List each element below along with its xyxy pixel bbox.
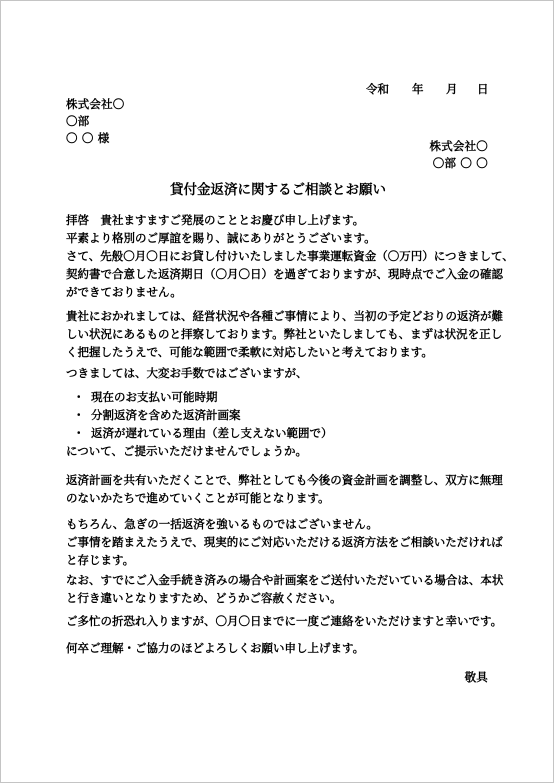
- text-line: く把握したうえで、可能な範囲で柔軟に対応したいと考えております。: [66, 343, 491, 361]
- text-line: しい状況にあるものと拝察しております。弊社といたしましても、まずは状況を正し: [66, 325, 491, 343]
- letter-page: 令和 年 月 日 株式会社〇 〇部 〇 〇 様 株式会社〇 〇部 〇 〇 貸付金…: [0, 0, 554, 783]
- sender-department-name: 〇部 〇 〇: [381, 155, 488, 172]
- paragraph-request-intro: つきましては、大変お手数ではございますが、: [66, 364, 491, 382]
- date-day: 日: [477, 81, 489, 98]
- text-line: 平素より格別のご厚誼を賜り、誠にありがとうございます。: [66, 229, 491, 247]
- list-item: ・分割返済を含めた返済計画案: [73, 406, 333, 424]
- paragraph-closing-request: 何卒ご理解・ご協力のほどよろしくお願い申し上げます。: [66, 639, 491, 657]
- request-list: ・現在のお支払い可能時期 ・分割返済を含めた返済計画案 ・返済が遅れている理由（…: [73, 388, 333, 442]
- paragraph-crossing: なお、すでにご入金手続き済みの場合や計画案をご送付いただいている場合は、本状 と…: [66, 571, 491, 607]
- text-line: 契約書で合意した返済期日（〇月〇日）を過ぎておりますが、現時点でご入金の確認: [66, 265, 491, 283]
- text-line: と行き違いとなりますため、どうかご容赦ください。: [66, 589, 491, 607]
- list-item: ・現在のお支払い可能時期: [73, 388, 333, 406]
- paragraph-flexibility: もちろん、急ぎの一括返済を強いるものではございません。 ご事情を踏まえたうえで、…: [66, 515, 491, 569]
- text-line: ができておりません。: [66, 283, 491, 301]
- text-line: 返済計画を共有いただくことで、弊社としても今後の資金計画を調整し、双方に無理: [66, 471, 491, 489]
- recipient-company: 株式会社〇: [66, 96, 125, 113]
- text-line: のないかたちで進めていくことが可能となります。: [66, 489, 491, 507]
- date-year: 年: [412, 81, 424, 98]
- paragraph-situation: 貴社におかれましては、経営状況や各種ご事情により、当初の予定どおりの返済が難 し…: [66, 307, 491, 361]
- paragraph-greeting: 拝啓 貴社ますますご発展のこととお慶び申し上げます。 平素より格別のご厚誼を賜り…: [66, 211, 491, 247]
- list-item: ・返済が遅れている理由（差し支えない範囲で）: [73, 424, 333, 442]
- date-month: 月: [446, 81, 458, 98]
- date-era: 令和: [366, 81, 389, 98]
- bullet-marker: ・: [73, 388, 91, 406]
- text-line: つきましては、大変お手数ではございますが、: [66, 364, 491, 382]
- text-line: ご事情を踏まえたうえで、現実的にご対応いただける返済方法をご相談いただければ: [66, 533, 491, 551]
- text-line: 拝啓 貴社ますますご発展のこととお慶び申し上げます。: [66, 211, 491, 229]
- recipient-department: 〇部: [66, 113, 89, 130]
- paragraph-deadline: ご多忙の折恐れ入りますが、〇月〇日までに一度ご連絡をいただけますと幸いです。: [66, 612, 491, 630]
- text-line: もちろん、急ぎの一括返済を強いるものではございません。: [66, 515, 491, 533]
- list-item-text: 現在のお支払い可能時期: [91, 390, 218, 404]
- list-item-text: 返済が遅れている理由（差し支えない範囲で）: [91, 426, 333, 440]
- paragraph-plan: 返済計画を共有いただくことで、弊社としても今後の資金計画を調整し、双方に無理 の…: [66, 471, 491, 507]
- text-line: さて、先般〇月〇日にお貸し付けいたしました事業運転資金（〇万円）につきまして、: [66, 247, 491, 265]
- recipient-name: 〇 〇 様: [66, 130, 110, 147]
- bullet-marker: ・: [73, 406, 91, 424]
- paragraph-overdue: さて、先般〇月〇日にお貸し付けいたしました事業運転資金（〇万円）につきまして、 …: [66, 247, 491, 301]
- text-line: 何卒ご理解・ご協力のほどよろしくお願い申し上げます。: [66, 639, 491, 657]
- sender-company: 株式会社〇: [381, 138, 488, 155]
- paragraph-request-close: について、ご提示いただけませんでしょうか。: [66, 442, 491, 460]
- text-line: ご多忙の折恐れ入りますが、〇月〇日までに一度ご連絡をいただけますと幸いです。: [66, 612, 491, 630]
- text-line: なお、すでにご入金手続き済みの場合や計画案をご送付いただいている場合は、本状: [66, 571, 491, 589]
- letter-title: 貸付金返済に関するご相談とお願い: [1, 181, 554, 199]
- closing-word: 敬具: [401, 669, 488, 686]
- bullet-marker: ・: [73, 424, 91, 442]
- text-line: について、ご提示いただけませんでしょうか。: [66, 442, 491, 460]
- letter-date: 令和 年 月 日: [366, 81, 488, 98]
- text-line: と存じます。: [66, 551, 491, 569]
- text-line: 貴社におかれましては、経営状況や各種ご事情により、当初の予定どおりの返済が難: [66, 307, 491, 325]
- list-item-text: 分割返済を含めた返済計画案: [91, 408, 241, 422]
